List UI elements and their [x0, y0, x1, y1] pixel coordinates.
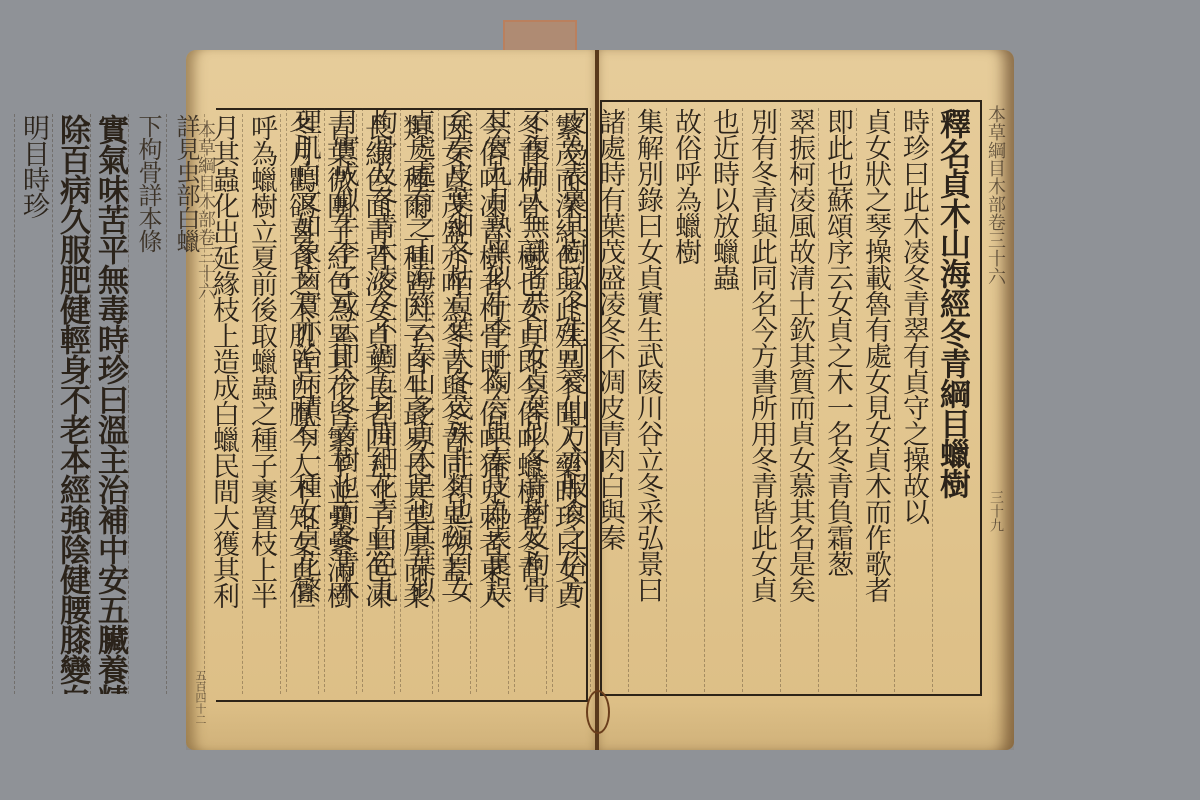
text-column: 除百病久服肥健輕身不老本經強陰健腰膝變白	[52, 114, 90, 694]
right-text-columns: 釋名貞木山海經冬青綱目蠟樹 時珍曰此木凌冬青翠有貞守之操故以 貞女狀之琴操載魯有…	[286, 108, 970, 692]
text-column: 別有冬青與此同名今方書所用冬青皆此女貞	[742, 108, 780, 692]
text-column: 明目時珍	[14, 114, 52, 694]
text-column: 月其蟲化出延緣枝上造成白蠟民間大獲其利	[204, 114, 242, 694]
heading-column-fruit: 實氣味苦平無毒時珍曰溫主治補中安五臟養精神	[90, 114, 128, 694]
text-column: 也近時以放蠟蟲	[704, 108, 742, 692]
text-column: 理肌白文如象齒實亦治病積有一種女貞花繁	[286, 108, 324, 692]
text-column: 皮為表裏其樹以冬生可愛仙方亦服食之俗方	[552, 108, 590, 692]
text-column: 枸骨及冬青木凌冬不凋五月開細花青白色九	[362, 108, 400, 692]
text-column: 其實九月熟黑似牛李子陶言與秦皮為表裏誤	[476, 108, 514, 692]
text-column: 即此也蘇頌序云女貞之木一名冬青負霜葱	[818, 108, 856, 692]
text-column: 矣秦皮葉細冬枯貞葉大冬茂殊非類也頌曰女	[438, 108, 476, 692]
right-page: 本草綱目木部卷三十六 三十九 釋名貞木山海經冬青綱目蠟樹 時珍曰此木凌冬青翠有貞…	[598, 50, 1014, 750]
binding-thread	[586, 690, 610, 734]
text-column: 下枸骨詳本條	[128, 114, 166, 694]
text-column: 故俗呼為蠟樹	[666, 108, 704, 692]
text-column: 詳見虫部白蠟	[166, 114, 204, 694]
right-margin-title: 本草綱目木部卷三十六	[982, 105, 1008, 285]
right-bottom-margin	[598, 702, 1014, 750]
heading-column-collected-explanations: 集解別錄曰女貞實生武陵川谷立冬采弘景曰	[628, 108, 666, 692]
open-book: 本草綱目木部卷三十六 五百四十二 繁茂而深紅色與此殊異不聞入藥時珍曰女貞 冬青枸…	[186, 50, 1014, 750]
text-column: 呼為蠟樹立夏前後取蠟蟲之種子裹置枝上半	[242, 114, 280, 694]
text-column: 時珍曰此木凌冬青翠有貞守之操故以	[894, 108, 932, 692]
book-spine	[595, 50, 599, 750]
left-bottom-margin	[186, 702, 596, 750]
right-folio-number: 三十九	[986, 490, 1006, 532]
heading-column-names: 釋名貞木山海經冬青綱目蠟樹	[932, 108, 970, 692]
text-column: 貞女狀之琴操載魯有處女見女貞木而作歌者	[856, 108, 894, 692]
text-column: 月實成似牛李子或云即今冬青樹也而冬青木	[324, 108, 362, 692]
text-column: 不復用人無識者恭曰女貞葉似冬青樹及枸骨	[514, 108, 552, 692]
text-column: 貞處處有之山海經云泰山多貞木是也其葉似	[400, 108, 438, 692]
text-column: 翠振柯凌風故清士欽其質而貞女慕其名是矣	[780, 108, 818, 692]
